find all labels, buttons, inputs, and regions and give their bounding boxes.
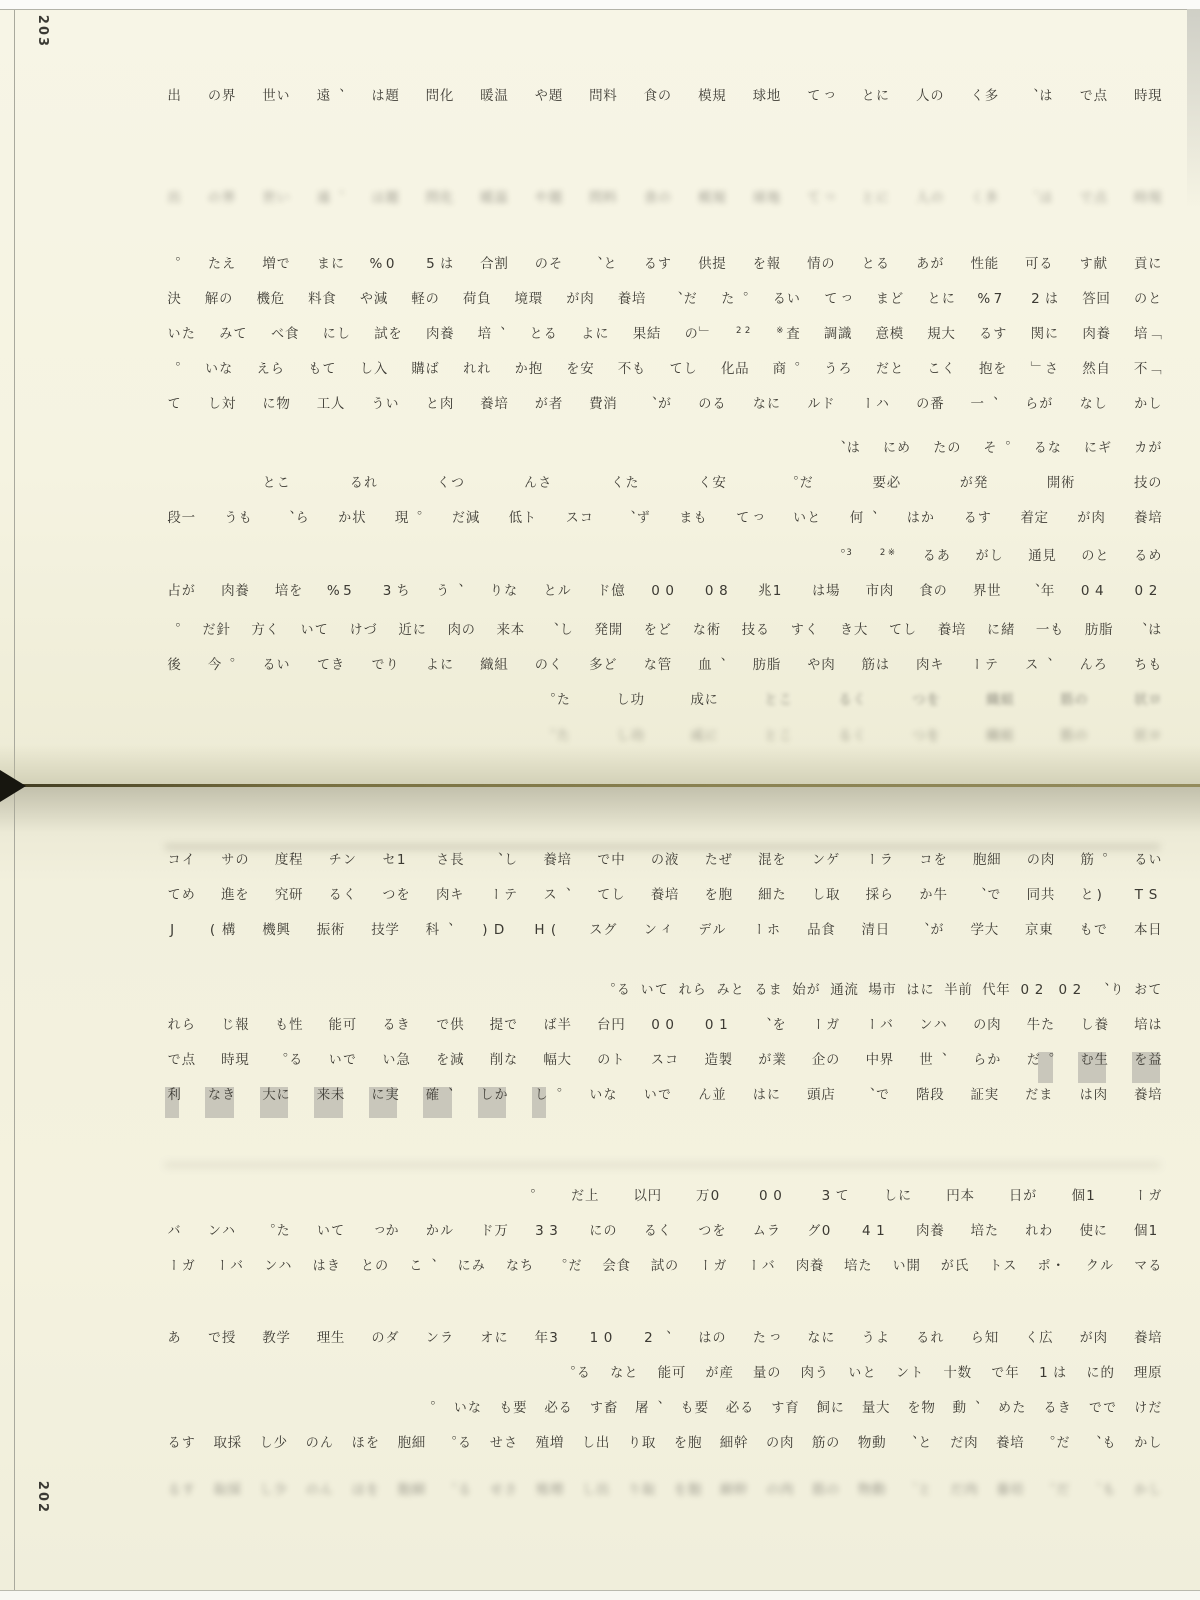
text-cell: 出 bbox=[165, 190, 179, 221]
text-cell: 「不 bbox=[1131, 361, 1159, 392]
text-cell: 80 bbox=[702, 583, 730, 614]
text-cell: と、 bbox=[902, 1435, 930, 1466]
text-cell: (H bbox=[532, 922, 560, 953]
scan-right-edge bbox=[1187, 9, 1200, 209]
text-cell: 肉の bbox=[763, 1435, 791, 1466]
text-cell: 肉は bbox=[1077, 1087, 1105, 1118]
text-cell: て bbox=[165, 396, 179, 427]
text-cell: 報じ bbox=[219, 1017, 247, 1048]
text-cell: ラン bbox=[423, 1330, 451, 1361]
text-cell: 培養 bbox=[994, 1435, 1022, 1466]
text-cell: う肉 bbox=[798, 1365, 826, 1396]
text-row: 日本でも東京大学が、日清食品ホールディングス(HD)、科学技術振興機構(J bbox=[165, 922, 1160, 953]
text-cell: 1個 bbox=[1132, 1223, 1160, 1254]
text-cell: 少し bbox=[257, 1482, 285, 1513]
text-cell: によ bbox=[423, 657, 451, 688]
text-cell: にな bbox=[805, 1330, 833, 1361]
text-cell: キ肉 bbox=[914, 657, 942, 688]
text-cell: の筋 bbox=[809, 1482, 837, 1513]
text-cell: 00 bbox=[648, 1017, 676, 1048]
text-cell: 長さ bbox=[434, 852, 462, 883]
text-cell: かは bbox=[904, 510, 932, 541]
text-cell: た培 bbox=[842, 1258, 870, 1289]
text-cell: 功し bbox=[614, 728, 642, 759]
text-cell: は培 bbox=[1132, 1017, 1160, 1048]
text-cell: だ。 bbox=[552, 1258, 580, 1289]
text-cell: ラム bbox=[750, 1223, 778, 1254]
text-cell: ると bbox=[859, 256, 887, 287]
text-cell: 養肉 bbox=[914, 1223, 942, 1254]
text-cell: を培 bbox=[272, 583, 300, 614]
text-cell: 。 bbox=[420, 1400, 434, 1431]
text-cell: 多く bbox=[968, 88, 996, 119]
text-cell: 原理 bbox=[1132, 1365, 1160, 1396]
text-cell: でい bbox=[641, 1087, 669, 1118]
text-cell: よう bbox=[859, 1330, 887, 1361]
text-cell: も一 bbox=[1033, 622, 1061, 653]
text-cell: )と bbox=[1078, 887, 1106, 918]
text-cell: って bbox=[822, 291, 850, 322]
text-cell: とな bbox=[608, 1365, 636, 1396]
text-row: 現時点では、多くの人にとって地球規模の食料問題や温暖化問題は、遠い世界の出 bbox=[165, 190, 1160, 221]
text-row: 益を生む。だから、世界中の企業が製造コストの大幅な削減を急いでいる。現時点で bbox=[165, 1052, 1160, 1083]
text-cell: しな bbox=[1077, 396, 1105, 427]
text-cell: 後 bbox=[165, 657, 179, 688]
text-cell: 、科 bbox=[423, 922, 451, 953]
text-cell: 実証 bbox=[968, 1087, 996, 1118]
text-cell: の食 bbox=[641, 190, 669, 221]
text-cell: テー bbox=[968, 657, 996, 688]
text-row: がカギになる。そのためには、 bbox=[830, 440, 1160, 471]
text-row: 「培養肉に関する大規模意識調査※22」の結果によると、培養肉を試しに食べてみたい bbox=[165, 326, 1160, 357]
text-cell: 研究 bbox=[272, 887, 300, 918]
text-cell: のサ bbox=[219, 852, 247, 883]
text-row: 1個に使われた培養肉140グラムをつくるのに33万ドルかかっていた。ハンバ bbox=[165, 1223, 1160, 1254]
text-cell: 製造 bbox=[702, 1052, 730, 1083]
text-cell: のた bbox=[931, 440, 959, 471]
text-cell: 負荷 bbox=[460, 291, 488, 322]
text-cell: きる bbox=[380, 1017, 408, 1048]
text-cell: バー bbox=[863, 1017, 891, 1048]
text-cell: 33 bbox=[532, 1223, 560, 1254]
text-cell: 日清 bbox=[859, 922, 887, 953]
text-cell: 大規 bbox=[925, 326, 953, 357]
text-cell: 流通 bbox=[828, 982, 856, 1013]
text-cell: 地球 bbox=[750, 88, 778, 119]
text-cell: 幹細 bbox=[717, 1435, 745, 1466]
text-cell: ない bbox=[451, 1400, 479, 1431]
text-cell: 組織 bbox=[984, 692, 1012, 723]
text-cell: もま bbox=[677, 510, 705, 541]
text-cell: 点で bbox=[1077, 190, 1105, 221]
text-cell: 能性 bbox=[968, 256, 996, 287]
text-cell: 化問 bbox=[423, 88, 451, 119]
text-cell: ロ状 bbox=[1132, 692, 1160, 723]
text-cell: させ bbox=[487, 1482, 515, 1513]
text-cell: もち bbox=[1132, 657, 1160, 688]
text-row: ロ状の筋組織をつくることに成功した。 bbox=[540, 728, 1160, 759]
page-number-202: 202 bbox=[35, 1481, 50, 1514]
text-cell: 5% bbox=[326, 583, 354, 614]
text-cell: の食 bbox=[917, 583, 945, 614]
text-cell: れる bbox=[347, 475, 375, 506]
text-cell: 授で bbox=[205, 1330, 233, 1361]
text-cell: ハン bbox=[205, 1223, 233, 1254]
text-cell: たい bbox=[165, 326, 193, 357]
text-cell: かっ bbox=[369, 1223, 397, 1254]
text-cell: 肉が bbox=[1075, 510, 1103, 541]
text-cell: 培養 bbox=[615, 291, 643, 322]
text-cell: 大幅 bbox=[541, 1052, 569, 1083]
text-cell: をほ bbox=[349, 1435, 377, 1466]
text-cell: 開発 bbox=[592, 622, 620, 653]
text-cell: 胞を bbox=[702, 887, 730, 918]
text-cell: 、ス bbox=[1023, 657, 1051, 688]
text-cell: して bbox=[595, 887, 623, 918]
text-cell: の企 bbox=[809, 1052, 837, 1083]
text-cell: 40 bbox=[1078, 583, 1106, 614]
text-cell: が、 bbox=[914, 922, 942, 953]
text-cell: だ。 bbox=[1040, 1435, 1068, 1466]
text-cell: キ肉 bbox=[434, 887, 462, 918]
text-cell: る必 bbox=[723, 1400, 751, 1431]
text-cell: があ bbox=[914, 256, 942, 287]
text-cell: ラー bbox=[863, 852, 891, 883]
text-cell: 培養 bbox=[648, 887, 676, 918]
text-cell: 報を bbox=[750, 256, 778, 287]
text-cell: 店頭 bbox=[805, 1087, 833, 1118]
text-cell: の軽 bbox=[409, 291, 437, 322]
text-cell: 。し bbox=[532, 1087, 560, 1118]
text-cell: する bbox=[641, 256, 669, 287]
text-cell: 生理 bbox=[314, 1330, 342, 1361]
text-cell: で提 bbox=[487, 1017, 515, 1048]
text-cell: くる bbox=[836, 692, 864, 723]
text-cell: 肉だ bbox=[948, 1435, 976, 1466]
text-cell: ず、 bbox=[620, 510, 648, 541]
text-cell: る。 bbox=[560, 1365, 588, 1396]
text-cell: 億ド bbox=[595, 583, 623, 614]
text-cell: 規模 bbox=[696, 190, 724, 221]
text-cell: 出し bbox=[579, 1482, 607, 1513]
text-cell: をつ bbox=[380, 887, 408, 918]
text-cell: ギに bbox=[1081, 440, 1109, 471]
text-cell: 管な bbox=[641, 657, 669, 688]
text-cell: 14 bbox=[859, 1223, 887, 1254]
text-cell: にま bbox=[314, 256, 342, 287]
text-cell: ば購 bbox=[409, 361, 437, 392]
text-cell: を、 bbox=[756, 1017, 784, 1048]
text-cell: める bbox=[1132, 548, 1160, 579]
text-cell: 1個 bbox=[1069, 1188, 1097, 1219]
text-cell: 取し bbox=[809, 887, 837, 918]
text-cell: 00 bbox=[756, 1188, 784, 1219]
text-cell: 培養 bbox=[935, 622, 963, 653]
book-scan-spread: { "pages": { "top_page": { "number": "20… bbox=[0, 0, 1200, 1600]
text-cell: 、何 bbox=[847, 510, 875, 541]
text-cell: 、2 bbox=[641, 1330, 669, 1361]
text-cell: ST bbox=[1132, 887, 1160, 918]
scan-smudge bbox=[165, 844, 1160, 850]
text-cell: めに bbox=[880, 440, 908, 471]
text-cell: 構( bbox=[205, 922, 233, 953]
text-cell: 。 bbox=[165, 256, 179, 287]
text-cell: る。 bbox=[600, 982, 628, 1013]
p203-band3: がカギになる。そのためには、の技術開発が必要だ。安くたくさんつくれること培養肉が… bbox=[165, 440, 1160, 545]
text-cell: ガー bbox=[1132, 1188, 1160, 1219]
text-cell: 20 bbox=[1132, 583, 1160, 614]
text-cell: まる bbox=[752, 982, 780, 1013]
text-cell: しか bbox=[1132, 396, 1160, 427]
text-cell: に使 bbox=[1077, 1223, 1105, 1254]
text-cell: 市場 bbox=[866, 982, 894, 1013]
text-cell: 現時 bbox=[219, 1052, 247, 1083]
text-cell: くる bbox=[326, 887, 354, 918]
scan-smudge bbox=[165, 1162, 1160, 1168]
text-row: しかも、だ。培養肉だと、動物の筋肉の幹細胞を取り出し増殖させる。細胞をほんの少し… bbox=[165, 1435, 1160, 1466]
text-cell: た牛 bbox=[1024, 1017, 1052, 1048]
text-cell: 食料 bbox=[306, 291, 334, 322]
text-cell: も不 bbox=[615, 361, 643, 392]
text-cell: 抱か bbox=[512, 361, 540, 392]
text-cell: 採取 bbox=[211, 1435, 239, 1466]
text-cell: ハー bbox=[859, 396, 887, 427]
text-cell: て3 bbox=[819, 1188, 847, 1219]
text-cell: に貢 bbox=[1132, 256, 1160, 287]
text-cell: 培養 bbox=[994, 1482, 1022, 1513]
text-cell: ルか bbox=[423, 1223, 451, 1254]
text-cell: の筋 bbox=[1058, 692, 1086, 723]
text-cell: るマ bbox=[1132, 1258, 1160, 1289]
text-cell: 、こ bbox=[407, 1258, 435, 1289]
text-cell: する bbox=[977, 326, 1005, 357]
text-cell: イコ bbox=[165, 852, 193, 883]
text-cell: だ。 bbox=[783, 475, 811, 506]
text-cell: ぜた bbox=[702, 852, 730, 883]
text-cell: をつ bbox=[910, 728, 938, 759]
text-cell: 出 bbox=[165, 88, 179, 119]
text-cell: 術開 bbox=[1044, 475, 1072, 506]
text-cell: る。 bbox=[272, 1052, 300, 1083]
text-cell: どま bbox=[873, 291, 901, 322]
text-cell: は、 bbox=[1023, 190, 1051, 221]
text-cell: らえ bbox=[254, 361, 282, 392]
text-cell: 界の bbox=[205, 190, 233, 221]
text-cell: でも bbox=[1077, 922, 1105, 953]
text-cell: の人 bbox=[914, 190, 942, 221]
text-cell: 的に bbox=[1084, 1365, 1112, 1396]
text-cell: ガー bbox=[697, 1258, 725, 1289]
text-cell: 採取 bbox=[211, 1482, 239, 1513]
text-cell: 培養 bbox=[1132, 510, 1160, 541]
text-cell: する bbox=[165, 1435, 193, 1466]
text-cell: 共同 bbox=[1024, 887, 1052, 918]
text-cell: は筋 bbox=[859, 657, 887, 688]
text-cell: ろん bbox=[1077, 657, 1105, 688]
text-row: 培養肉が定着するかは、何といってもまず、コスト低減だ。現状から、もう一段 bbox=[165, 510, 1160, 541]
text-cell: 取り bbox=[625, 1482, 653, 1513]
text-cell: だけ bbox=[1132, 1400, 1160, 1431]
text-cell: 。 bbox=[520, 1188, 534, 1219]
text-cell: 01 bbox=[587, 1330, 615, 1361]
text-cell: 番の bbox=[914, 396, 942, 427]
text-cell: 肉の bbox=[763, 1482, 791, 1513]
text-cell: 22 bbox=[734, 326, 752, 357]
text-cell: ない bbox=[202, 361, 230, 392]
text-cell: 養肉 bbox=[793, 1258, 821, 1289]
text-cell: と、 bbox=[902, 1482, 930, 1513]
text-cell: ゲン bbox=[809, 852, 837, 883]
text-cell: なり bbox=[487, 583, 515, 614]
text-cell: 動物 bbox=[855, 1435, 883, 1466]
text-cell: 温暖 bbox=[478, 190, 506, 221]
text-row: いる。筋肉の細胞をコラーゲンを混ぜた液の中で培養し、長さ1センチ程度のサイコ bbox=[165, 852, 1160, 883]
text-cell: 中で bbox=[595, 852, 623, 883]
text-cell: こと bbox=[260, 475, 288, 506]
text-cell: くる bbox=[836, 728, 864, 759]
text-cell: 肉だ bbox=[948, 1482, 976, 1513]
text-cell: 」の bbox=[682, 326, 710, 357]
text-cell: 並ん bbox=[696, 1087, 724, 1118]
text-cell: 程度 bbox=[272, 852, 300, 883]
text-cell: めて bbox=[165, 887, 193, 918]
text-cell: に成 bbox=[688, 728, 716, 759]
text-cell: 減だ bbox=[449, 510, 477, 541]
p202-bandC: ガー1個が日本円にして3000万円以上だ。1個に使われた培養肉140グラムをつく… bbox=[165, 1188, 1160, 1293]
text-cell: 入し bbox=[357, 361, 385, 392]
text-cell: の筋 bbox=[1058, 728, 1086, 759]
text-cell: 。 bbox=[165, 361, 179, 392]
text-cell: 知ら bbox=[968, 1330, 996, 1361]
text-row: ST)と共同で、牛から採取した細胞を培養して、ステーキ肉をつくる研究を進めて bbox=[165, 887, 1160, 918]
text-row: もちろん、ステーキ肉は筋肉や脂肪、血管など多くの組織によりできている。今後 bbox=[165, 657, 1160, 688]
p202-bandB: ており、2020年代前半には市場流通が始まるとみられている。は培養した牛肉のハン… bbox=[165, 982, 1160, 1122]
text-cell: 脂肪 bbox=[1082, 622, 1110, 653]
text-cell: 増殖 bbox=[533, 1482, 561, 1513]
text-cell: 、屠 bbox=[633, 1400, 661, 1431]
text-cell: バー bbox=[745, 1258, 773, 1289]
text-cell: の技 bbox=[1132, 475, 1160, 506]
text-cell: には bbox=[750, 1087, 778, 1118]
text-cell: ※2 bbox=[878, 548, 896, 579]
text-cell: られ bbox=[165, 1017, 193, 1048]
text-cell: 肉や bbox=[805, 657, 833, 688]
text-cell: 培養 bbox=[1132, 1330, 1160, 1361]
text-cell: 環境 bbox=[512, 291, 540, 322]
text-cell: J bbox=[165, 922, 179, 953]
text-cell: をほ bbox=[349, 1482, 377, 1513]
text-cell: する bbox=[961, 510, 989, 541]
text-cell: で、 bbox=[971, 887, 999, 918]
text-cell: 。現 bbox=[392, 510, 420, 541]
text-cell: 培養 bbox=[478, 396, 506, 427]
text-cell: こと bbox=[762, 728, 790, 759]
text-cell: がら bbox=[1023, 396, 1051, 427]
text-cell: 養肉 bbox=[424, 326, 452, 357]
text-cell: は、 bbox=[1131, 622, 1159, 653]
text-cell: 畜す bbox=[587, 1400, 615, 1431]
text-row: しかしながら、一番のハードルになるのが、消費者が培養肉という人工物に対して bbox=[165, 396, 1160, 427]
text-cell: させ bbox=[487, 1435, 515, 1466]
text-cell: 供で bbox=[434, 1017, 462, 1048]
text-cell: 要も bbox=[497, 1400, 525, 1431]
text-cell: の筋 bbox=[809, 1435, 837, 1466]
text-cell: 危機 bbox=[254, 291, 282, 322]
text-cell: 「培 bbox=[1132, 326, 1160, 357]
text-cell: と、 bbox=[587, 256, 615, 287]
text-cell: い世 bbox=[260, 88, 288, 119]
text-cell: 物に bbox=[260, 396, 288, 427]
text-cell: 化問 bbox=[423, 190, 451, 221]
text-cell: 20 bbox=[1018, 982, 1046, 1013]
text-cell: な削 bbox=[487, 1052, 515, 1083]
text-cell: さん bbox=[521, 475, 549, 506]
text-row: 培養肉はまだ実証段階で、店頭には並んでいない。しかし、確実に未来に大きな利 bbox=[165, 1087, 1160, 1118]
text-cell: いる bbox=[770, 291, 798, 322]
text-cell: 0グ bbox=[805, 1223, 833, 1254]
text-cell: 年代 bbox=[980, 982, 1008, 1013]
text-cell: 。筋 bbox=[1078, 852, 1106, 883]
text-cell: 要も bbox=[678, 1400, 706, 1431]
text-cell: 針だ bbox=[200, 622, 228, 653]
text-cell: 必要 bbox=[870, 475, 898, 506]
text-cell: ある bbox=[920, 548, 948, 579]
text-cell: って bbox=[805, 88, 833, 119]
text-cell: を混 bbox=[756, 852, 784, 883]
text-cell: 0% bbox=[369, 256, 397, 287]
text-cell: テー bbox=[487, 887, 515, 918]
text-cell: 人工 bbox=[314, 396, 342, 427]
text-cell: きは bbox=[310, 1258, 338, 1289]
text-cell: 消費 bbox=[587, 396, 615, 427]
text-cell: 結果 bbox=[630, 326, 658, 357]
text-cell: は、 bbox=[1023, 88, 1051, 119]
text-cell: には bbox=[904, 982, 932, 1013]
text-cell: トの bbox=[595, 1052, 623, 1083]
text-row: めるとの見通しがある※23。 bbox=[830, 548, 1160, 579]
text-cell: ろう bbox=[822, 361, 850, 392]
text-cell: 取り bbox=[625, 1435, 653, 1466]
text-cell: 割合 bbox=[478, 256, 506, 287]
text-cell: 養肉 bbox=[1080, 326, 1108, 357]
text-cell: の量 bbox=[751, 1365, 779, 1396]
text-cell: 現時 bbox=[1132, 88, 1160, 119]
text-cell: 益を bbox=[1132, 1052, 1160, 1083]
text-cell: とい bbox=[790, 510, 818, 541]
text-cell: 。た bbox=[719, 291, 747, 322]
scan-bottom-edge bbox=[0, 1590, 1200, 1600]
text-cell: 胞を bbox=[671, 1482, 699, 1513]
text-cell: 日本 bbox=[1132, 922, 1160, 953]
text-cell: は1 bbox=[1036, 1365, 1064, 1396]
text-cell: どを bbox=[641, 622, 669, 653]
text-cell: 脂肪 bbox=[750, 657, 778, 688]
text-cell: 、世 bbox=[917, 1052, 945, 1083]
text-cell: 学技 bbox=[369, 922, 397, 953]
text-cell: 増殖 bbox=[533, 1435, 561, 1466]
text-cell: 献す bbox=[1077, 256, 1105, 287]
text-cell: その bbox=[532, 256, 560, 287]
text-cell: 回答 bbox=[1080, 291, 1108, 322]
text-cell: 地球 bbox=[750, 190, 778, 221]
text-cell: 上だ bbox=[568, 1188, 596, 1219]
text-cell: 題は bbox=[369, 88, 397, 119]
p203-ghost2: ロ状の筋組織をつくることに成功した。 bbox=[165, 728, 1160, 763]
text-cell: ・ポ bbox=[1035, 1258, 1063, 1289]
text-cell: いる bbox=[260, 657, 288, 688]
text-cell: 規模 bbox=[696, 88, 724, 119]
text-cell: ちな bbox=[503, 1258, 531, 1289]
